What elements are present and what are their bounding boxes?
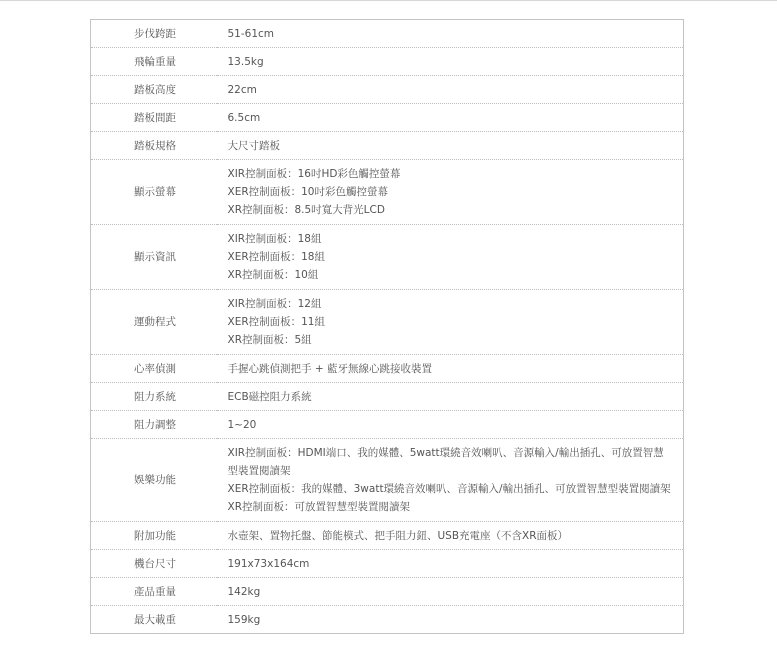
spec-label: 附加功能 xyxy=(91,522,217,550)
spec-label: 機台尺寸 xyxy=(91,550,217,578)
spec-value-line: 22cm xyxy=(228,81,674,99)
spec-value: ECB磁控阻力系統 xyxy=(217,383,684,411)
spec-label: 步伐跨距 xyxy=(91,20,217,48)
spec-value-line: 13.5kg xyxy=(228,53,674,71)
spec-row-product-weight: 產品重量 142kg xyxy=(91,578,684,606)
spec-label: 踏板高度 xyxy=(91,76,217,104)
spec-value-line: 6.5cm xyxy=(228,109,674,127)
spec-value-line: XIR控制面板：12組 xyxy=(228,295,674,313)
spec-value-line: 51-61cm xyxy=(228,25,674,43)
spec-row-resistance-system: 阻力系統 ECB磁控阻力系統 xyxy=(91,383,684,411)
spec-value-line: XER控制面板：10吋彩色觸控螢幕 xyxy=(228,183,674,201)
spec-value: 手握心跳偵測把手 + 藍牙無線心跳接收裝置 xyxy=(217,355,684,383)
spec-value: 51-61cm xyxy=(217,20,684,48)
spec-value: 水壺架、置物托盤、節能模式、把手阻力鈕、USB充電座（不含XR面板） xyxy=(217,522,684,550)
spec-row-pedal-spacing: 踏板間距 6.5cm xyxy=(91,104,684,132)
spec-label: 最大載重 xyxy=(91,606,217,634)
spec-row-pedal-height: 踏板高度 22cm xyxy=(91,76,684,104)
spec-value-line: XER控制面板：我的媒體、3watt環繞音效喇叭、音源輸入/輸出插孔、可放置智慧… xyxy=(228,480,674,498)
spec-value: XIR控制面板：16吋HD彩色觸控螢幕 XER控制面板：10吋彩色觸控螢幕 XR… xyxy=(217,160,684,225)
spec-row-stride: 步伐跨距 51-61cm xyxy=(91,20,684,48)
spec-row-pedal-spec: 踏板規格 大尺寸踏板 xyxy=(91,132,684,160)
spec-value-line: XIR控制面板：16吋HD彩色觸控螢幕 xyxy=(228,165,674,183)
spec-row-programs: 運動程式 XIR控制面板：12組 XER控制面板：11組 XR控制面板：5組 xyxy=(91,290,684,355)
spec-label: 踏板間距 xyxy=(91,104,217,132)
spec-label: 顯示資訊 xyxy=(91,225,217,290)
spec-value-line: XER控制面板：18組 xyxy=(228,248,674,266)
spec-label: 心率偵測 xyxy=(91,355,217,383)
spec-value-line: XR控制面板：10組 xyxy=(228,266,674,284)
spec-value: XIR控制面板：HDMI端口、我的媒體、5watt環繞音效喇叭、音源輸入/輸出插… xyxy=(217,439,684,522)
spec-label: 產品重量 xyxy=(91,578,217,606)
spec-value-line: 大尺寸踏板 xyxy=(228,137,674,155)
spec-label: 運動程式 xyxy=(91,290,217,355)
spec-row-resistance-levels: 阻力調整 1~20 xyxy=(91,411,684,439)
spec-value-line: 191x73x164cm xyxy=(228,555,674,573)
spec-value: 191x73x164cm xyxy=(217,550,684,578)
spec-value-line: ECB磁控阻力系統 xyxy=(228,388,674,406)
spec-value-line: 手握心跳偵測把手 + 藍牙無線心跳接收裝置 xyxy=(228,360,674,378)
spec-value: 1~20 xyxy=(217,411,684,439)
spec-value: 142kg xyxy=(217,578,684,606)
spec-value-line: XR控制面板：8.5吋寬大背光LCD xyxy=(228,201,674,219)
spec-row-dimensions: 機台尺寸 191x73x164cm xyxy=(91,550,684,578)
spec-value-line: 159kg xyxy=(228,611,674,629)
spec-label: 顯示螢幕 xyxy=(91,160,217,225)
spec-label: 阻力系統 xyxy=(91,383,217,411)
top-divider xyxy=(0,0,777,1)
spec-value-line: XIR控制面板：18組 xyxy=(228,230,674,248)
spec-value: 13.5kg xyxy=(217,48,684,76)
spec-value-line: XR控制面板：5組 xyxy=(228,331,674,349)
spec-value-line: XR控制面板：可放置智慧型裝置閱讀架 xyxy=(228,498,674,516)
spec-label: 娛樂功能 xyxy=(91,439,217,522)
spec-label: 踏板規格 xyxy=(91,132,217,160)
spec-row-extra-features: 附加功能 水壺架、置物托盤、節能模式、把手阻力鈕、USB充電座（不含XR面板） xyxy=(91,522,684,550)
spec-value-line: 142kg xyxy=(228,583,674,601)
spec-value: 159kg xyxy=(217,606,684,634)
spec-row-entertainment: 娛樂功能 XIR控制面板：HDMI端口、我的媒體、5watt環繞音效喇叭、音源輸… xyxy=(91,439,684,522)
spec-row-display-screen: 顯示螢幕 XIR控制面板：16吋HD彩色觸控螢幕 XER控制面板：10吋彩色觸控… xyxy=(91,160,684,225)
spec-value: XIR控制面板：12組 XER控制面板：11組 XR控制面板：5組 xyxy=(217,290,684,355)
spec-table: 步伐跨距 51-61cm 飛輪重量 13.5kg 踏板高度 22cm 踏板間距 … xyxy=(90,19,684,634)
spec-row-heart-rate: 心率偵測 手握心跳偵測把手 + 藍牙無線心跳接收裝置 xyxy=(91,355,684,383)
spec-row-flywheel: 飛輪重量 13.5kg xyxy=(91,48,684,76)
spec-row-display-info: 顯示資訊 XIR控制面板：18組 XER控制面板：18組 XR控制面板：10組 xyxy=(91,225,684,290)
spec-value-line: XER控制面板：11組 xyxy=(228,313,674,331)
spec-value: 6.5cm xyxy=(217,104,684,132)
spec-value-line: XIR控制面板：HDMI端口、我的媒體、5watt環繞音效喇叭、音源輸入/輸出插… xyxy=(228,444,674,480)
spec-label: 飛輪重量 xyxy=(91,48,217,76)
spec-value: 22cm xyxy=(217,76,684,104)
spec-value: XIR控制面板：18組 XER控制面板：18組 XR控制面板：10組 xyxy=(217,225,684,290)
spec-value-line: 水壺架、置物托盤、節能模式、把手阻力鈕、USB充電座（不含XR面板） xyxy=(228,527,674,545)
spec-value-line: 1~20 xyxy=(228,416,674,434)
spec-row-max-load: 最大載重 159kg xyxy=(91,606,684,634)
spec-value: 大尺寸踏板 xyxy=(217,132,684,160)
spec-label: 阻力調整 xyxy=(91,411,217,439)
